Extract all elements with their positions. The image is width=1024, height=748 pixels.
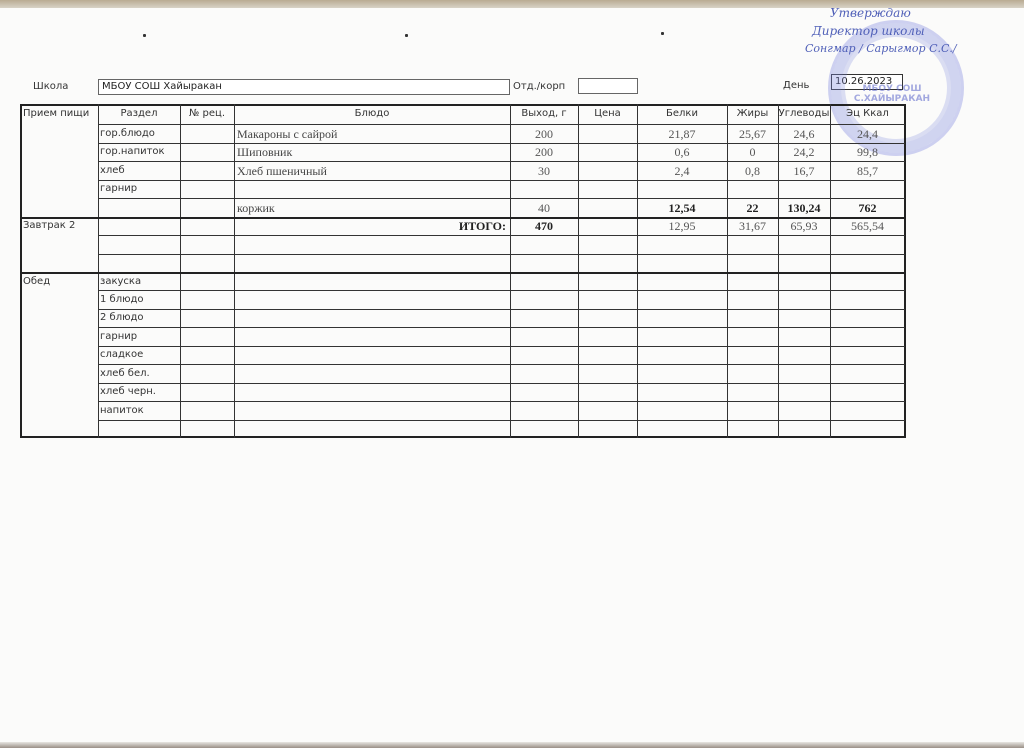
approval-line-1: Утверждаю [830,6,911,20]
row-divider [98,420,905,421]
cell-price [578,143,637,161]
cell-protein: 2,4 [637,162,727,180]
page-edge-bottom [0,742,1024,748]
cell-kcal: 24,4 [830,125,905,143]
cell-yield: 40 [510,199,578,217]
cell-section: гор.напиток [98,143,182,161]
lunch-section: напиток [98,402,182,420]
cell-dish: коржик [234,199,513,217]
lunch-section: 2 блюдо [98,309,182,327]
cell-fat: 22 [727,199,778,217]
lunch-section: сладкое [98,346,182,364]
cell-protein [637,180,727,198]
cell-section: гарнир [98,180,182,198]
cell-kcal [830,180,905,198]
row-divider [98,327,905,328]
header-protein: Белки [637,105,727,123]
cell-carbs: 130,24 [778,199,830,217]
header-kcal: Эц Ккал [830,105,905,123]
meal-lunch: Обед [21,273,101,291]
cell-price [578,199,637,217]
cell-kcal: 762 [830,199,905,217]
cell-recipe [180,180,234,198]
cell-recipe [180,162,234,180]
cell-kcal: 85,7 [830,162,905,180]
cell-recipe [180,143,234,161]
cell-fat: 0 [727,143,778,161]
cell-yield: 30 [510,162,578,180]
speck [661,32,664,35]
dept-field[interactable] [578,78,638,94]
header-section: Раздел [98,105,180,123]
cell-recipe [180,199,234,217]
cell-fat: 0,8 [727,162,778,180]
cell-protein: 21,87 [637,125,727,143]
cell-dish: Макароны с сайрой [234,125,513,143]
cell-kcal: 99,8 [830,143,905,161]
cell-carbs: 24,2 [778,143,830,161]
cell-dish: Хлеб пшеничный [234,162,513,180]
school-field[interactable]: МБОУ СОШ Хайыракан [98,79,510,95]
row-divider [98,383,905,384]
meal-breakfast-2: Завтрак 2 [21,217,101,235]
cell-section: гор.блюдо [98,125,182,143]
cell-carbs: 24,6 [778,125,830,143]
cell-recipe [180,125,234,143]
cell-price [578,125,637,143]
header-yield: Выход, г [510,105,578,123]
school-label: Школа [33,81,68,92]
lunch-section: 1 блюдо [98,291,182,309]
cell-section: хлеб [98,162,182,180]
header-recipe: № рец. [180,105,234,123]
total-kcal: 565,54 [830,217,905,235]
cell-protein: 0,6 [637,143,727,161]
cell-carbs [778,180,830,198]
cell-price [578,162,637,180]
header-fat: Жиры [727,105,778,123]
cell-yield: 200 [510,143,578,161]
dept-label: Отд./корп [513,81,565,92]
row-divider [98,364,905,365]
cell-dish: Шиповник [234,143,513,161]
header-meal: Прием пищи [20,105,101,123]
approval-line-2: Директор школы [812,24,925,38]
stamp-text: МБОУ СОШ С.ХАЙЫРАКАН [842,84,942,104]
cell-yield: 200 [510,125,578,143]
approval-line-3: Сонгмар / Сарыгмор С.С./ [805,42,957,55]
speck [405,34,408,37]
cell-carbs: 16,7 [778,162,830,180]
total-fat: 31,67 [727,217,778,235]
lunch-section [98,420,182,438]
row-divider [98,235,905,236]
row-divider [98,401,905,402]
row-divider [98,254,905,255]
header-price: Цена [578,105,637,123]
day-label: День [783,80,809,91]
header-dish: Блюдо [234,105,510,123]
cell-fat [727,180,778,198]
cell-dish [234,180,513,198]
lunch-section: закуска [98,273,182,291]
cell-price [578,180,637,198]
lunch-section: хлеб бел. [98,365,182,383]
speck [143,34,146,37]
cell-protein: 12,54 [637,199,727,217]
lunch-section: гарнир [98,328,182,346]
total-carbs: 65,93 [778,217,830,235]
row-divider [98,309,905,310]
cell-yield [510,180,578,198]
header-carbs: Углеводы [778,105,830,123]
cell-section [98,199,182,217]
lunch-section: хлеб черн. [98,383,182,401]
total-label: ИТОГО: [234,217,506,235]
cell-fat: 25,67 [727,125,778,143]
total-yield: 470 [510,217,578,235]
row-divider [98,346,905,347]
row-divider [98,290,905,291]
total-protein: 12,95 [637,217,727,235]
